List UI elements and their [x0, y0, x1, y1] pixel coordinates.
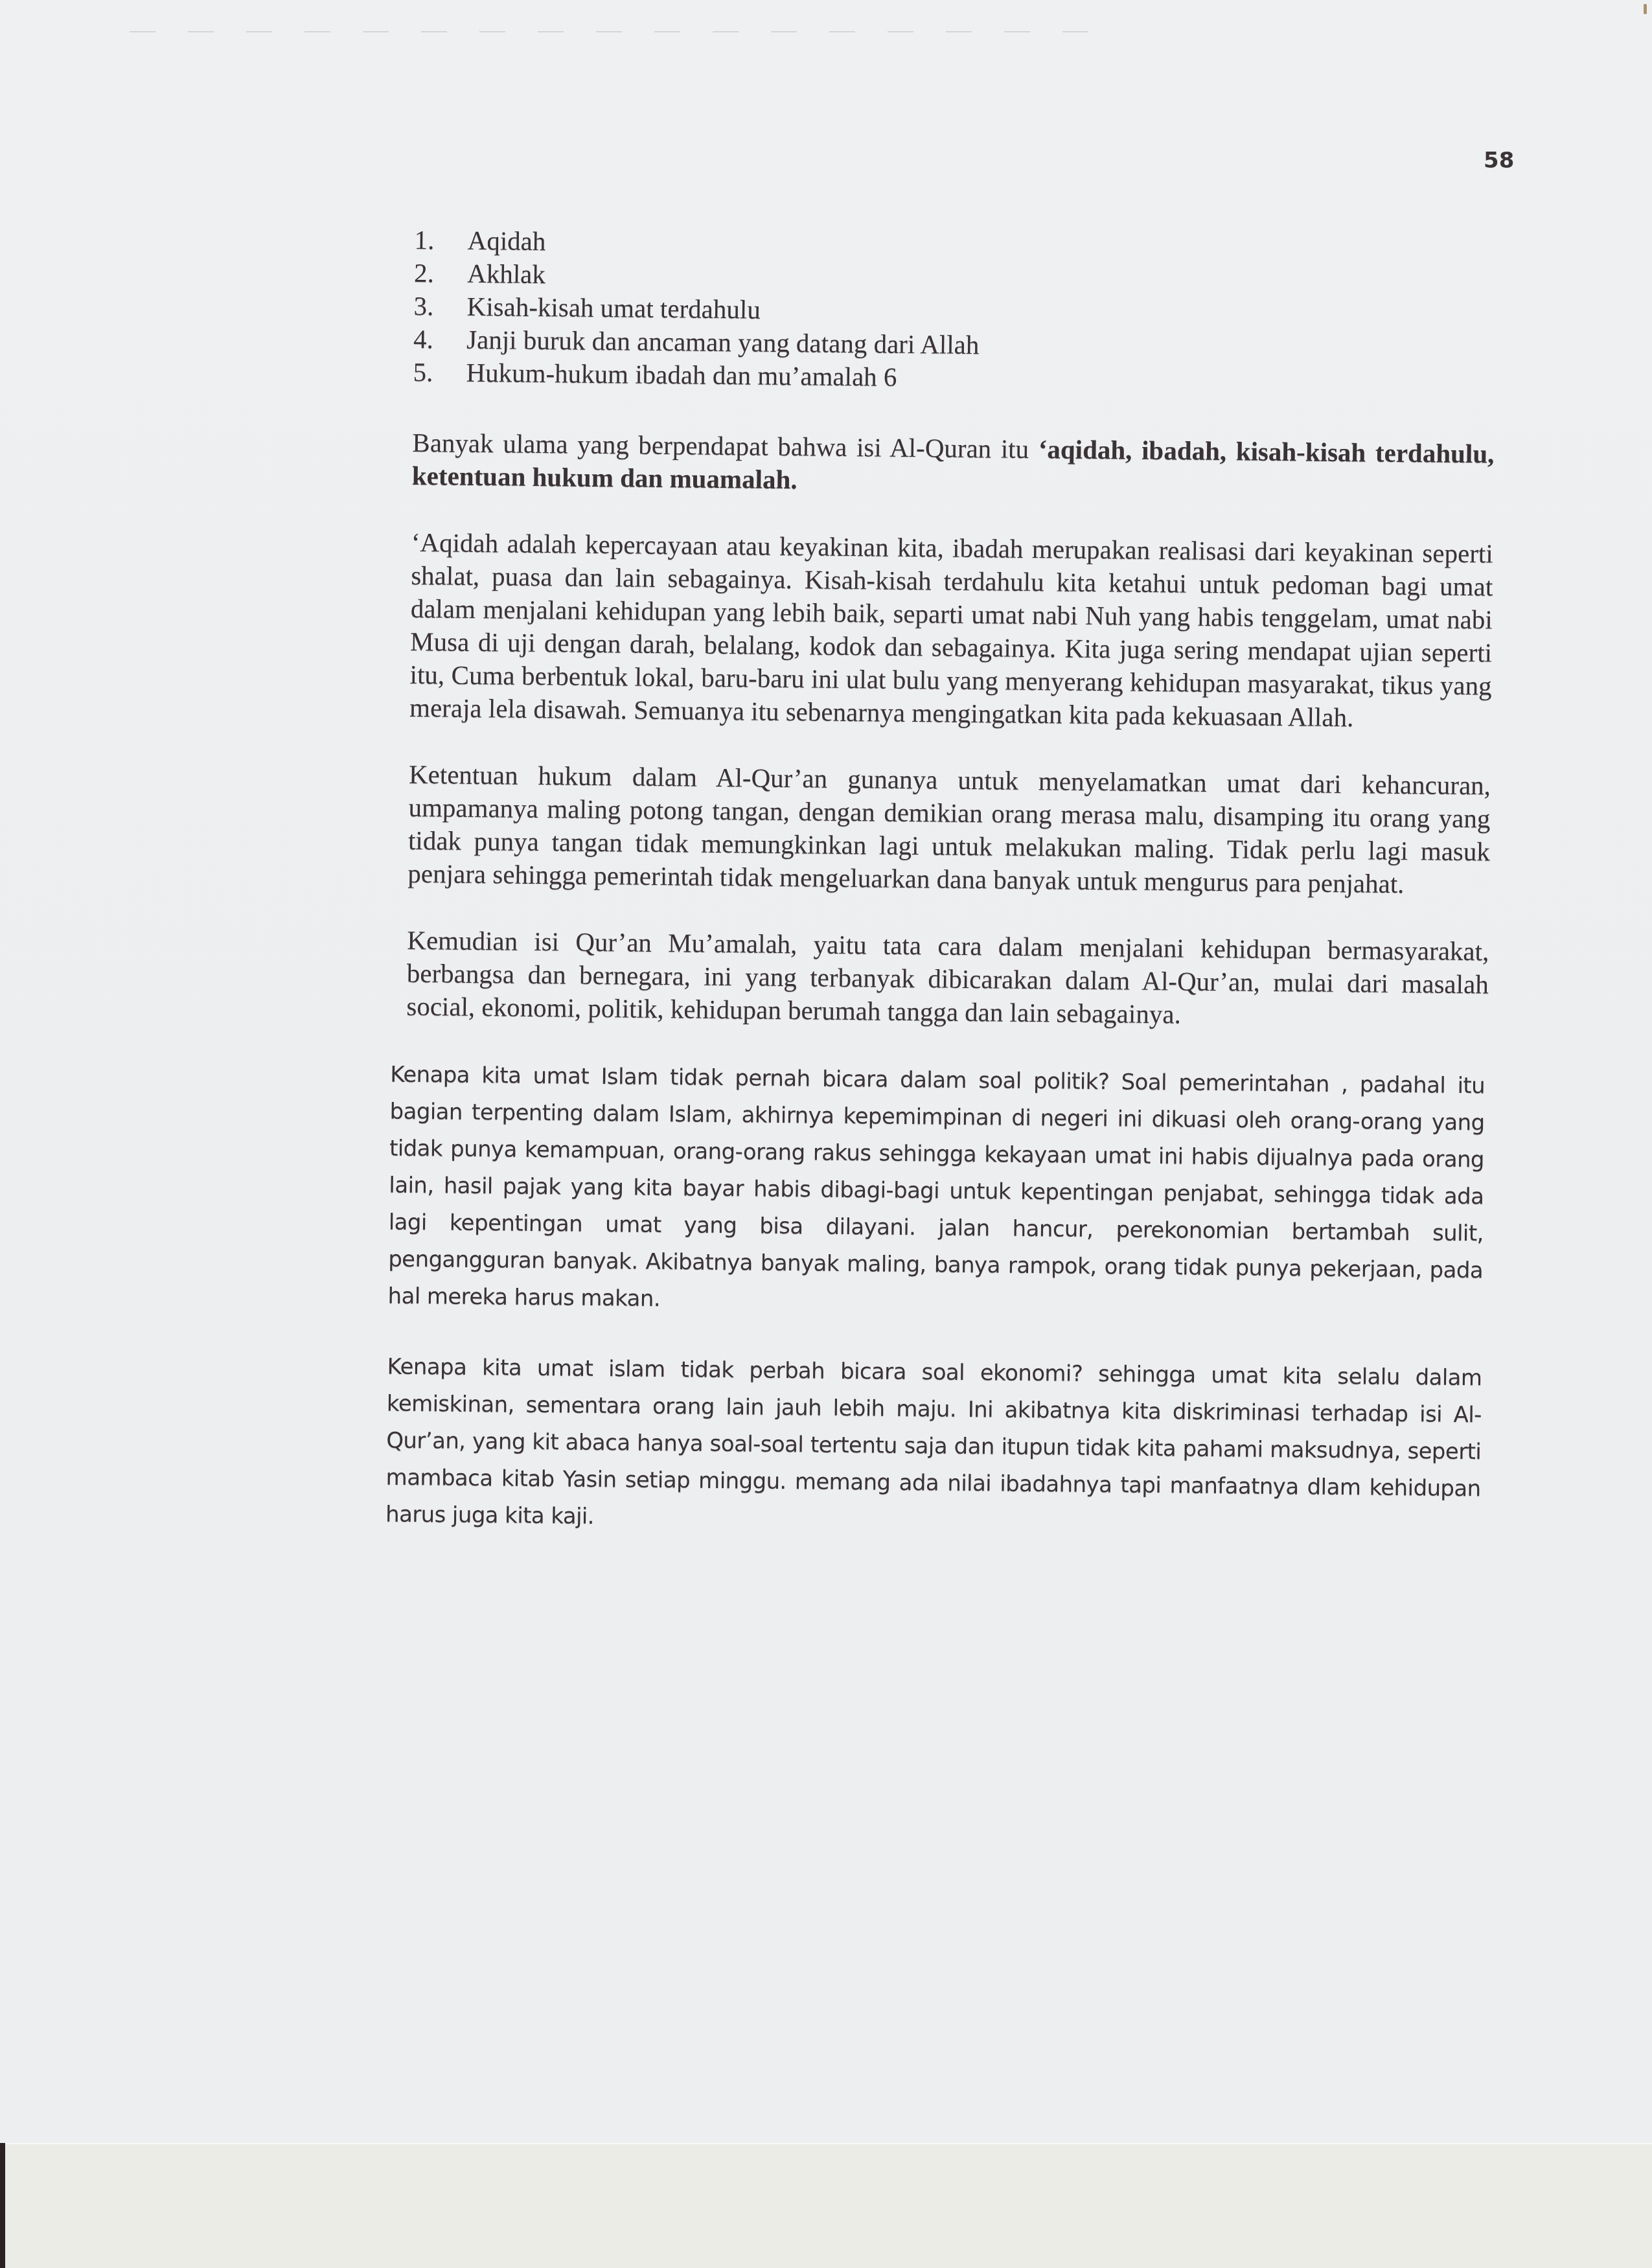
- page-body: Aqidah Akhlak Kisah-kisah umat terdahulu…: [400, 223, 1497, 1578]
- sans-section: Kenapa kita umat Islam tidak pernah bica…: [385, 1057, 1486, 1545]
- quran-contents-list: Aqidah Akhlak Kisah-kisah umat terdahulu…: [413, 223, 1497, 400]
- scanner-bed-area: [0, 2143, 1652, 2268]
- paragraph-text: Banyak ulama yang berpendapat bahwa isi …: [412, 428, 1038, 464]
- paragraph-politik: Kenapa kita umat Islam tidak pernah bica…: [387, 1057, 1485, 1327]
- paragraph-ekonomi: Kenapa kita umat islam tidak perbah bica…: [385, 1349, 1482, 1545]
- scan-artifact-line: [130, 31, 1101, 32]
- page-number: 58: [1484, 148, 1514, 174]
- scan-edge-shadow: [0, 2143, 5, 2268]
- paragraph-ketentuan-hukum: Ketentuan hukum dalam Al-Qur’an gunanya …: [407, 758, 1491, 901]
- scan-speck: [1644, 4, 1647, 14]
- paragraph-ulama-opinion: Banyak ulama yang berpendapat bahwa isi …: [412, 426, 1495, 503]
- scanned-page: 58 Aqidah Akhlak Kisah-kisah umat terdah…: [0, 0, 1652, 2143]
- paragraph-muamalah: Kemudian isi Qur’an Mu’amalah, yaitu tat…: [406, 924, 1489, 1034]
- paragraph-aqidah: ‘Aqidah adalah kepercayaan atau keyakina…: [409, 526, 1493, 735]
